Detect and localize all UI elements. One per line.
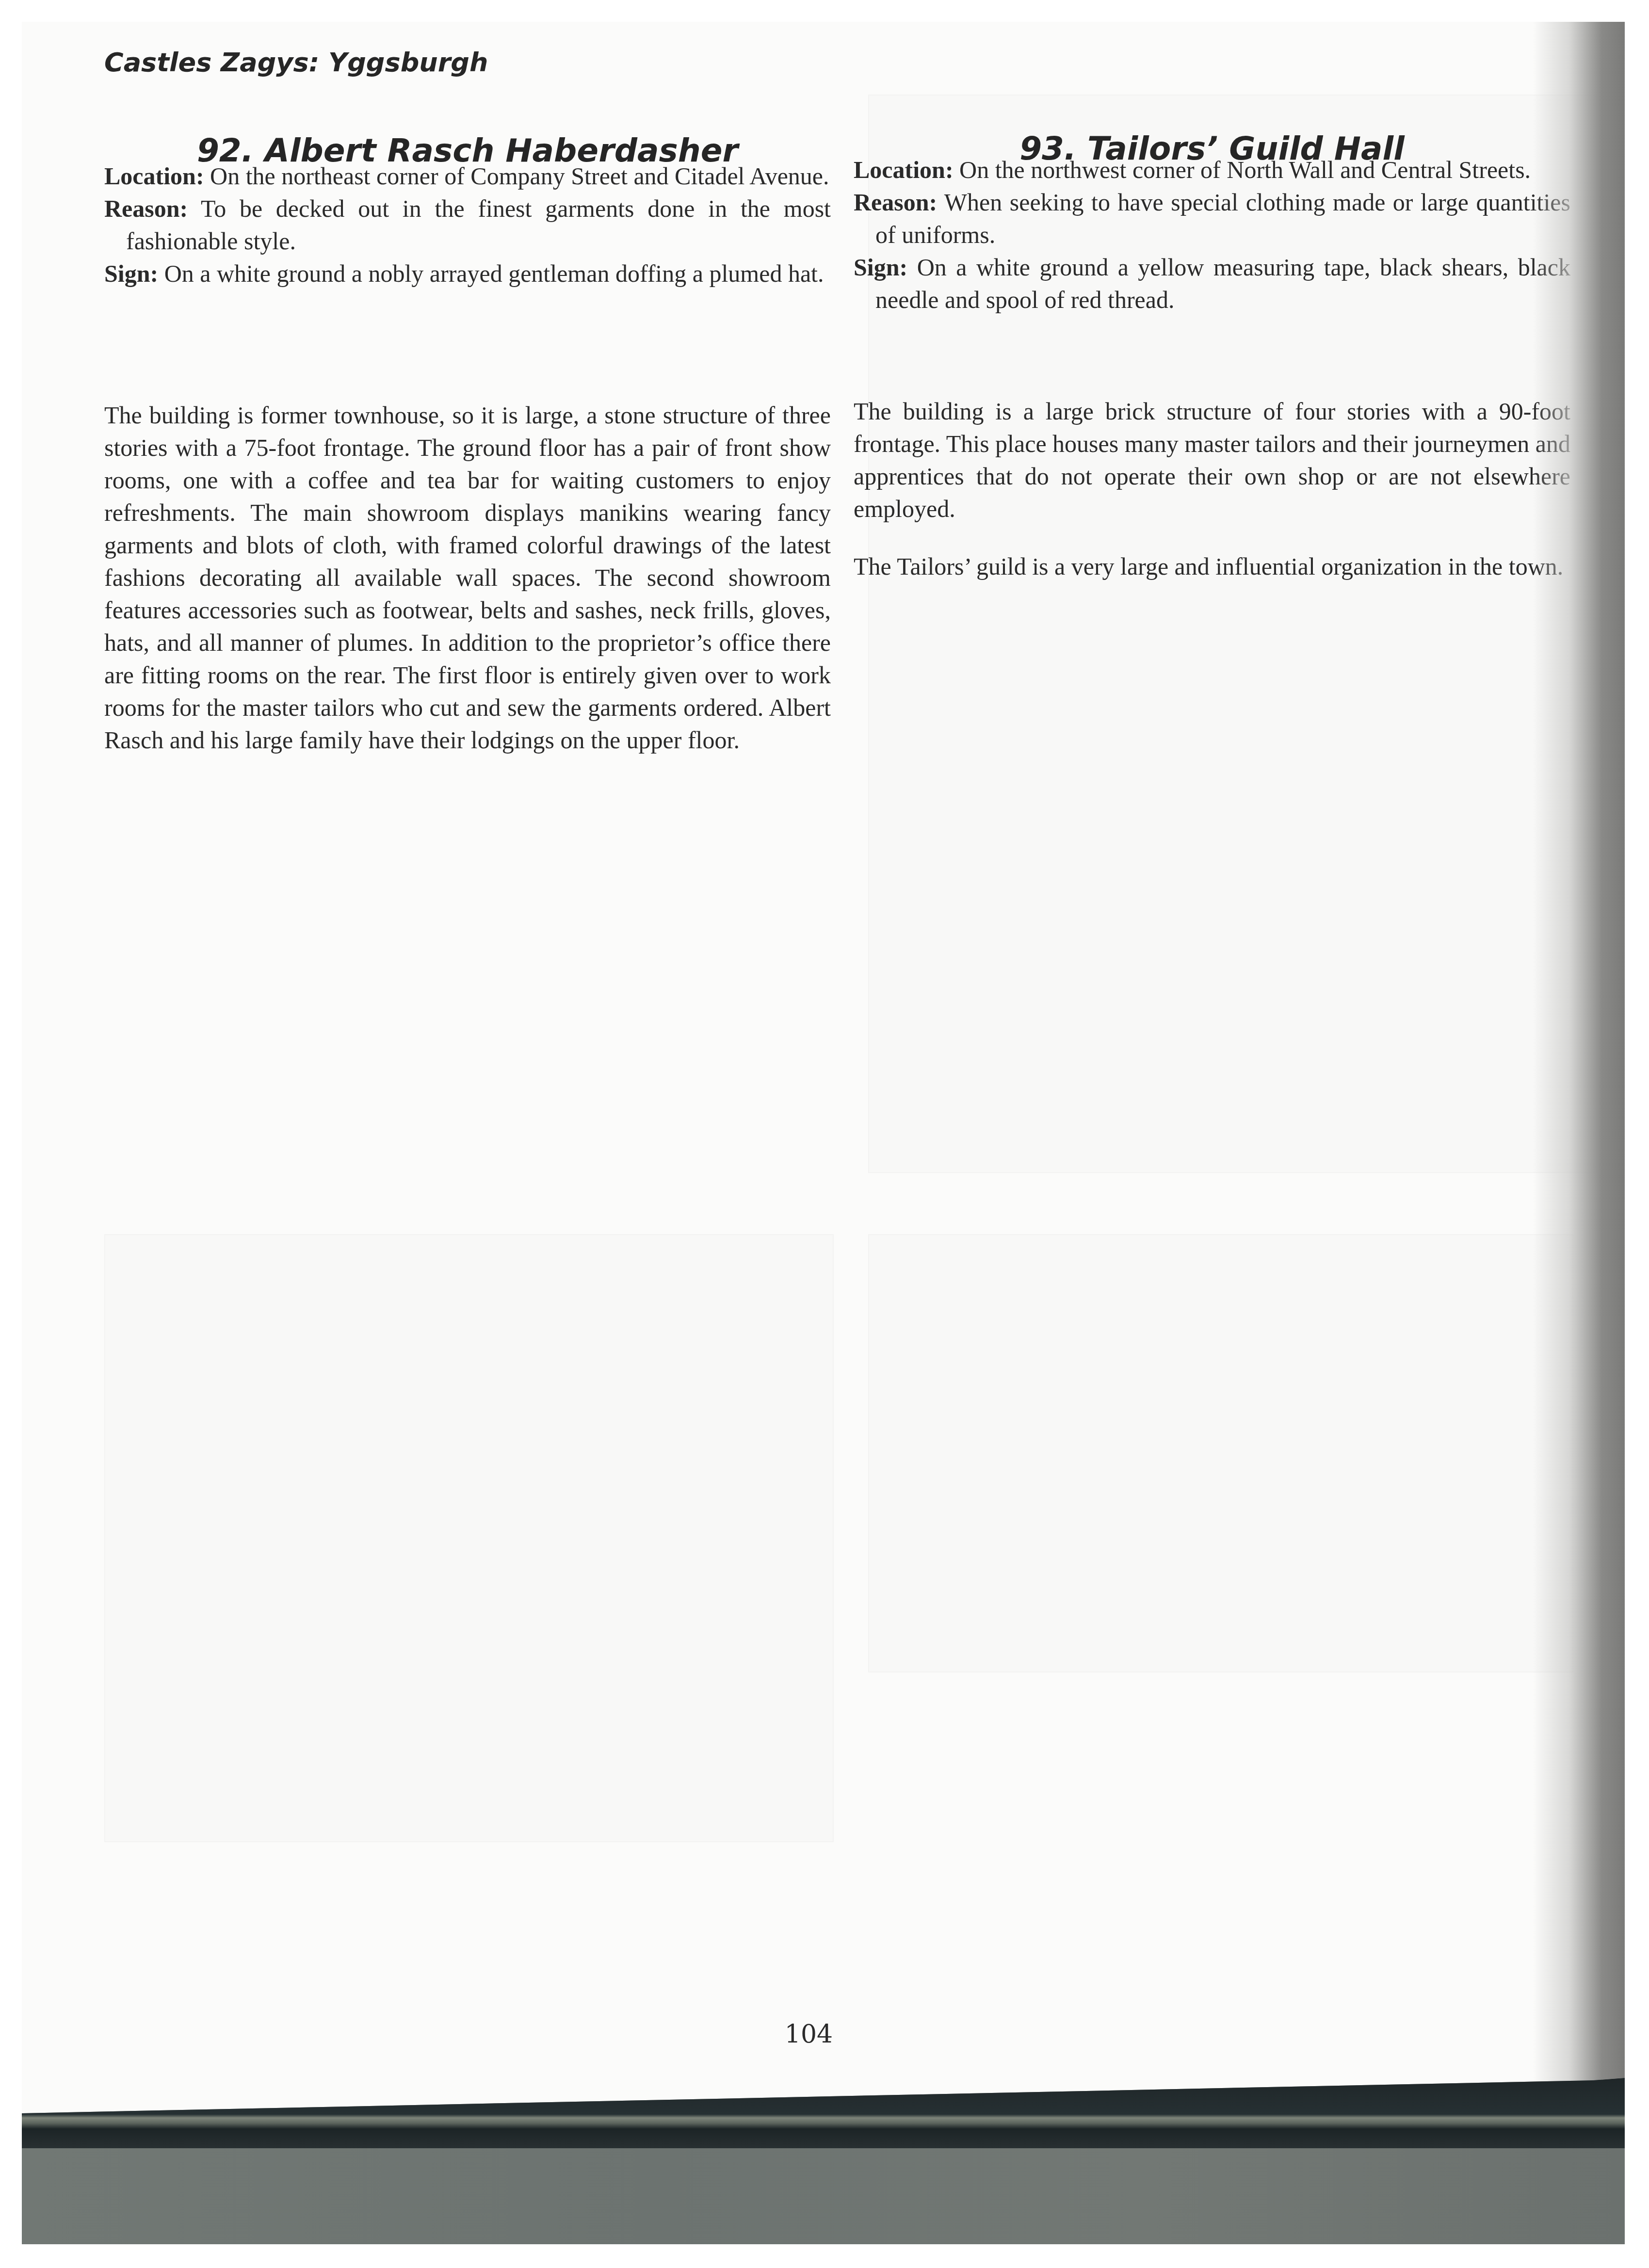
- location-label: Location:: [854, 156, 954, 183]
- reason-value: To be decked out in the finest garments …: [126, 195, 831, 255]
- entry-fields: Location: On the northeast corner of Com…: [104, 160, 831, 290]
- location-field: Location: On the northeast corner of Com…: [104, 160, 831, 193]
- location-label: Location:: [104, 162, 204, 190]
- entry-fields: Location: On the northwest corner of Nor…: [854, 154, 1570, 316]
- description-paragraph: The Tailors’ guild is a very large and i…: [854, 550, 1570, 583]
- sign-value: On a white ground a nobly arrayed gentle…: [158, 260, 824, 287]
- location-value: On the northwest corner of North Wall an…: [954, 156, 1531, 183]
- page-number: 104: [22, 2020, 1625, 2049]
- description-paragraph: The building is a large brick structure …: [854, 395, 1570, 525]
- sign-field: Sign: On a white ground a yellow measuri…: [854, 251, 1570, 316]
- page-number-text: 104: [785, 2020, 833, 2049]
- reason-label: Reason:: [104, 195, 188, 222]
- location-value: On the northeast corner of Company Stree…: [204, 162, 829, 190]
- location-field: Location: On the northwest corner of Nor…: [854, 154, 1570, 186]
- book-page: Castles Zagys: Yggsburgh 92. Albert Rasc…: [22, 22, 1625, 2113]
- reason-label: Reason:: [854, 189, 937, 216]
- sign-value: On a white ground a yellow measuring tap…: [875, 254, 1570, 313]
- running-head: Castles Zagys: Yggsburgh: [104, 47, 488, 78]
- sign-label: Sign:: [104, 260, 158, 287]
- reason-value: When seeking to have special clothing ma…: [875, 189, 1570, 248]
- scanned-page: Castles Zagys: Yggsburgh 92. Albert Rasc…: [22, 22, 1625, 2244]
- bleed-through-text-block: [104, 1234, 834, 1842]
- bleed-through-text-block: [868, 1234, 1573, 1673]
- sign-field: Sign: On a white ground a nobly arrayed …: [104, 257, 831, 290]
- description-paragraph: The building is former townhouse, so it …: [104, 399, 831, 756]
- scanner-backdrop: [22, 2148, 1625, 2244]
- reason-field: Reason: To be decked out in the finest g…: [104, 193, 831, 257]
- reason-field: Reason: When seeking to have special clo…: [854, 186, 1570, 251]
- sign-label: Sign:: [854, 254, 907, 281]
